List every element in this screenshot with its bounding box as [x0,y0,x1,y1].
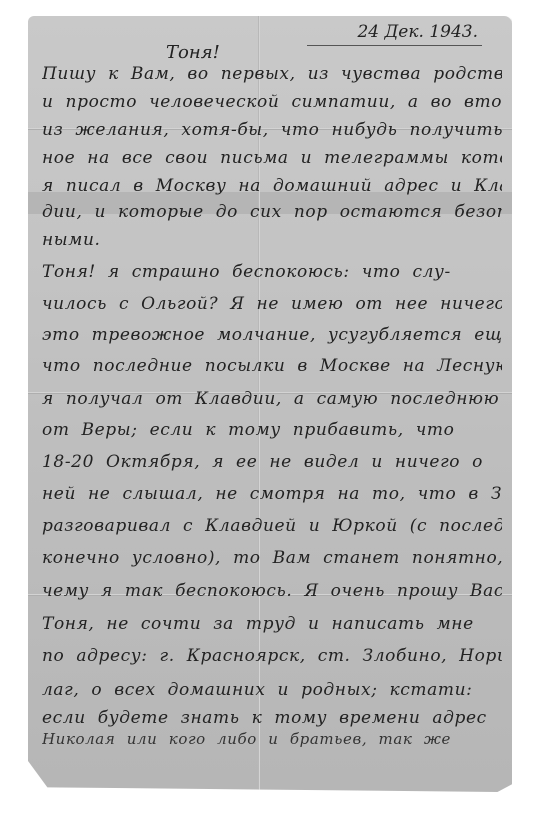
letter-line: ней не слышал, не смотря на то, что в За… [42,484,502,504]
letter-line: это тревожное молчание, усугубляется еще… [42,325,502,345]
letter-line: лаг, о всех домашних и родных; кстати: [42,680,502,700]
letter-line: конечно условно), то Вам станет понятно,… [42,548,502,568]
letter-line: Пишу к Вам, во первых, из чувства родств… [42,64,502,84]
letter-line: Тоня, не сочти за труд и написать мне [42,614,502,634]
letter-line: я получал от Клавдии, а самую последнюю [42,389,502,409]
letter-line: и просто человеческой симпатии, а во вто… [42,92,502,112]
letter-line: я писал в Москву на домашний адрес и Кла… [42,176,502,196]
letter-line: чему я так беспокоюсь. Я очень прошу Вас… [42,581,502,601]
letter-line: 18-20 Октября, я ее не видел и ничего о [42,452,502,472]
letter-line: что последние посылки в Москве на Лесную [42,356,502,376]
letter-paper: 24 Дек. 1943. Тоня! Пишу к Вам, во первы… [28,16,512,792]
letter-line: из желания, хотя-бы, что нибудь получить… [42,120,502,140]
letter-line: ными. [42,230,502,250]
letter-line: разговаривал с Клавдией и Юркой (с после… [42,516,502,536]
letter-date: 24 Дек. 1943. [307,22,482,46]
letter-line: если будете знать к тому времени адрес [42,708,502,728]
letter-line: чилось с Ольгой? Я не имею от нее ничего… [42,294,502,314]
letter-salutation: Тоня! [166,42,220,63]
letter-line: ное на все свои письма и телеграммы кото… [42,148,502,168]
letter-line: дии, и которые до сих пор остаются безот… [42,202,502,222]
letter-line: от Веры; если к тому прибавить, что [42,420,502,440]
letter-line: Тоня! я страшно беспокоюсь: что слу- [42,262,502,282]
letter-line: Николая или кого либо и братьев, так же [42,730,502,748]
letter-line: по адресу: г. Красноярск, ст. Злобино, Н… [42,646,502,666]
